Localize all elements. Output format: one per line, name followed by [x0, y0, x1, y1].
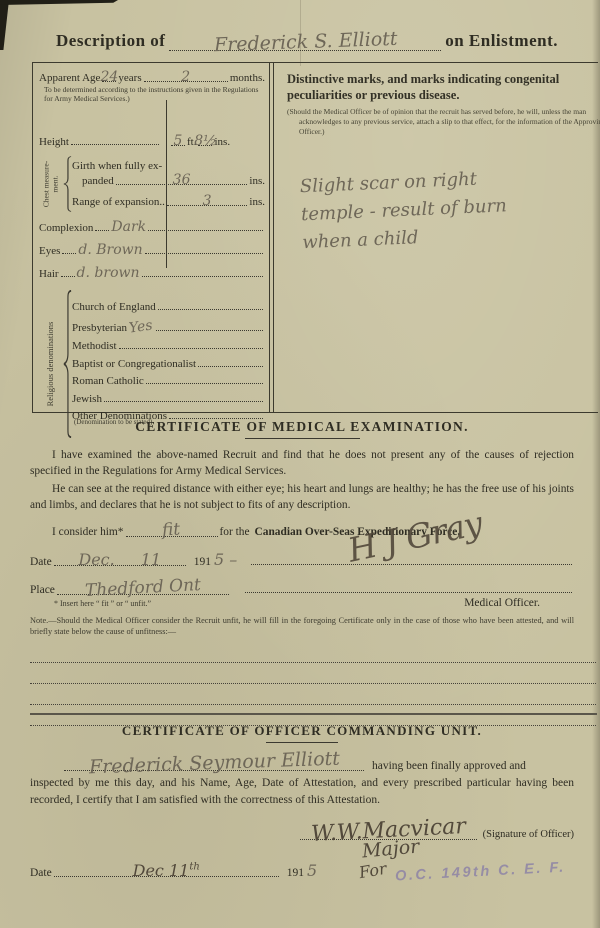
place-label: Place [30, 584, 55, 596]
description-left-column: Apparent Age 24 years 2 months. To be de… [33, 63, 269, 412]
height-row: Height 5 ft. 8½ ins. [39, 133, 265, 148]
brace [63, 290, 72, 438]
attestation-paper-page: Description of Frederick S. Elliott on E… [0, 0, 600, 928]
dotted-line: 8½ [198, 133, 212, 146]
blank-lines [30, 662, 596, 726]
medical-date-row: Date Dec. 11 191 5 – [30, 550, 574, 569]
dotted-line: 36 [116, 172, 248, 185]
year-handwritten: 5 [307, 861, 317, 880]
name-dotted-line: Frederick S. Elliott [169, 31, 441, 51]
dotted-line [251, 564, 572, 565]
blank-dotted-line [30, 662, 596, 663]
height-label: Height [39, 136, 69, 148]
section-divider-rule [30, 713, 597, 715]
religion-row: Jewish [72, 393, 265, 405]
consider-prefix: I consider him* [52, 526, 124, 538]
height-inches-handwritten: 8½ [194, 133, 216, 149]
dotted-line: 2 [144, 69, 228, 82]
chest-fields: Girth when fully ex- panded 36 ins. Rang… [72, 160, 265, 208]
hair-label: Hair [39, 268, 59, 280]
chest-measurement-block: Chest measure- ment. Girth when fully ex… [39, 156, 265, 212]
dotted-line: 5 [171, 133, 185, 146]
dotted-line [71, 144, 159, 145]
title-rule [245, 438, 360, 439]
religion-label: Jewish [72, 393, 102, 405]
dotted-line [62, 253, 76, 254]
dotted-line [245, 592, 572, 593]
printed-year: 191 [287, 867, 304, 879]
range-label: Range of expansion.. [72, 196, 165, 208]
range-unit: ins. [249, 196, 265, 208]
dotted-line [158, 309, 263, 310]
religion-row: PresbyterianYes [72, 319, 265, 335]
blank-dotted-line [30, 683, 596, 684]
stamp-area: For O.C. 149th C. E. F. [359, 861, 565, 880]
consider-middle: for the [220, 526, 250, 538]
dotted-line [104, 401, 263, 402]
complexion-label: Complexion [39, 222, 93, 234]
religion-row: Church of England [72, 301, 265, 313]
religion-row: Methodist [72, 340, 265, 352]
dotted-line [145, 253, 263, 254]
enlistee-name-handwritten: Frederick S. Elliott [213, 28, 397, 56]
medical-certificate-section: CERTIFICATE OF MEDICAL EXAMINATION. I ha… [30, 419, 574, 746]
page-edge-artifact [0, 0, 9, 50]
date-month-handwritten: Dec. [78, 550, 114, 569]
dotted-line: Dec. 11 [54, 550, 186, 566]
printed-year: 191 [194, 556, 211, 568]
medical-officer-caption: Medical Officer. [464, 597, 540, 609]
blank-dotted-line [30, 704, 596, 705]
range-value-handwritten: 3 [203, 193, 212, 209]
girth-label-line2: panded [82, 175, 114, 187]
height-values: 5 ft. 8½ ins. [169, 133, 265, 148]
complexion-row: Complexion Dark [39, 219, 265, 235]
recruit-name-handwritten: Frederick Seymour Elliott [88, 748, 340, 779]
dotted-line [198, 366, 263, 367]
age-years-handwritten: 24 [101, 69, 119, 85]
girth-value-handwritten: 36 [173, 172, 191, 188]
dotted-line: Thedford Ont [57, 578, 229, 595]
unfit-note: Note.—Should the Medical Officer conside… [30, 616, 574, 638]
header-prefix: Description of [56, 31, 165, 51]
fit-handwritten: fit [162, 519, 182, 540]
for-handwritten: For [358, 859, 388, 882]
hair-row: Hair d. brown [39, 265, 265, 281]
eyes-handwritten: d. Brown [78, 242, 142, 258]
brace [63, 156, 72, 212]
consider-row: I consider him* fit for the Canadian Ove… [30, 520, 574, 538]
medical-certificate-title: CERTIFICATE OF MEDICAL EXAMINATION. [30, 419, 574, 435]
religion-value-handwritten: Yes [128, 317, 153, 336]
fit-unfit-footnote: * Insert here “ fit ” or “ unfit.” [54, 599, 464, 608]
religion-rows: Church of England PresbyterianYes Method… [72, 301, 265, 426]
unit-stamp: O.C. 149th C. E. F. [394, 860, 565, 885]
medical-paragraph-1: I have examined the above-named Recruit … [30, 448, 574, 479]
height-feet-handwritten: 5 [174, 133, 183, 149]
dotted-line [146, 383, 263, 384]
religion-block: Religious denominations Church of Englan… [39, 289, 265, 439]
distinctive-marks-heading: Distinctive marks, and marks indicating … [287, 72, 588, 103]
religion-label: Church of England [72, 301, 156, 313]
page-edge-artifact [0, 0, 118, 5]
apparent-age-row: Apparent Age 24 years 2 months. [39, 69, 265, 84]
dotted-line: W.W.Macvicar [300, 818, 477, 840]
inches-unit: ins. [214, 136, 230, 148]
hair-handwritten: d. brown [77, 265, 140, 281]
eyes-row: Eyes d. Brown [39, 242, 265, 258]
religion-side-label: Religious denominations [39, 289, 63, 439]
description-box: Apparent Age 24 years 2 months. To be de… [32, 62, 598, 413]
dotted-line [61, 276, 75, 277]
dotted-line: Frederick Seymour Elliott [64, 752, 364, 771]
eyes-label: Eyes [39, 245, 60, 257]
girth-row: panded 36 ins. [82, 172, 265, 187]
dotted-line: fit [126, 520, 218, 537]
date-label: Date [30, 556, 52, 568]
girth-label-line1: Girth when fully ex- [72, 160, 265, 172]
dotted-line [95, 230, 109, 231]
date-handwritten: Dec 11th [133, 861, 200, 880]
months-unit: months. [230, 72, 265, 84]
distinctive-marks-note: (Should the Medical Officer be of opinio… [287, 107, 600, 136]
religion-label: Baptist or Congregationalist [72, 358, 196, 370]
officer-certificate-title: CERTIFICATE OF OFFICER COMMANDING UNIT. [30, 723, 574, 739]
date-day-handwritten: 11 [141, 550, 161, 569]
header-suffix: on Enlistment. [445, 31, 558, 51]
medical-paragraph-2: He can see at the required distance with… [30, 482, 574, 513]
dotted-line: 3 [167, 193, 248, 206]
officer-certificate-section: CERTIFICATE OF OFFICER COMMANDING UNIT. … [30, 723, 574, 880]
religion-row: Roman Catholic [72, 375, 265, 387]
officer-body-text: inspected by me this day, and his Name, … [30, 775, 574, 809]
girth-unit: ins. [249, 175, 265, 187]
distinctive-marks-handwritten: Slight scar on right temple - result of … [299, 160, 589, 256]
officer-signature-row: W.W.Macvicar (Signature of Officer) [30, 818, 574, 840]
dotted-line [148, 230, 263, 231]
range-row: Range of expansion.. 3 ins. [72, 193, 265, 208]
complexion-handwritten: Dark [111, 219, 146, 235]
age-instructions: To be determined according to the instru… [44, 85, 265, 104]
signature-caption: (Signature of Officer) [483, 829, 574, 840]
religion-label: Presbyterian [72, 322, 127, 334]
religion-label: Methodist [72, 340, 117, 352]
chest-side-label: Chest measure- ment. [39, 156, 63, 212]
officer-date-row: Date Dec 11th 191 5 For O.C. 149th C. E.… [30, 861, 574, 880]
religion-label: Roman Catholic [72, 375, 144, 387]
year-handwritten: 5 – [214, 550, 237, 569]
dotted-line [156, 330, 263, 331]
apparent-age-label: Apparent Age [39, 72, 100, 84]
dotted-line: 24 [102, 69, 116, 82]
medical-place-row: Place Thedford Ont [30, 578, 574, 596]
approval-text: having been finally approved and [372, 760, 526, 772]
date-suffix: th [189, 862, 199, 873]
description-right-column: Distinctive marks, and marks indicating … [273, 63, 598, 251]
title-rule [266, 742, 338, 743]
date-label: Date [30, 867, 52, 879]
years-unit: years [118, 72, 141, 84]
religion-row: Baptist or Congregationalist [72, 358, 265, 370]
officer-name-row: Frederick Seymour Elliott having been fi… [30, 752, 574, 772]
dotted-line [142, 276, 264, 277]
header: Description of Frederick S. Elliott on E… [56, 31, 558, 51]
dotted-line [119, 348, 263, 349]
age-months-handwritten: 2 [181, 69, 190, 85]
dotted-line: Dec 11th [54, 861, 279, 877]
